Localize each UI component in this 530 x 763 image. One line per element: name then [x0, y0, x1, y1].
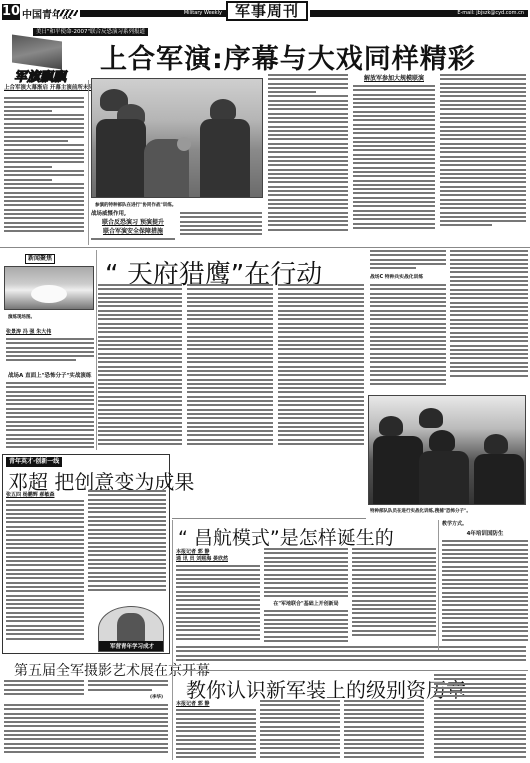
story4-col-2: 在"军地联合"基础上开创新局 — [264, 548, 348, 646]
story6-col-1 — [176, 709, 256, 761]
story2-col-2 — [187, 284, 273, 454]
editor-line: 本版编辑/责任 ■ Tel:010-64098 — [310, 21, 389, 27]
story2-photo — [368, 395, 526, 505]
story2-col-5 — [450, 250, 528, 390]
column-logo: 军旗飘飘 — [8, 38, 78, 83]
story5-col-1 — [4, 680, 84, 700]
explosion-smoke — [31, 285, 67, 303]
soldier-helmet — [419, 408, 443, 428]
column-rule — [88, 80, 89, 245]
lead-mid-kicker: 战场威慑作用, — [91, 210, 175, 218]
story6-byline: 本报记者 郭 静 — [176, 700, 209, 707]
sub-banner: 美日"和平使命-2007"联合反恐演习系列报道 — [33, 28, 148, 36]
lead-mid-subhead-1: 联合反恐演习 预演提升 — [91, 218, 175, 227]
logo-text: 军旗飘飘 — [14, 66, 66, 85]
page-number: 10 — [2, 4, 20, 20]
story2-photo-caption: 特种部队队员在进行实战化训练,搜捕"恐怖分子"。 — [370, 508, 471, 514]
lead-mid-subhead-2: 联合军演安全保障措施 — [91, 227, 175, 236]
story2-section-heading: 战场C 特种兵实战化训练 — [370, 274, 446, 282]
soldier-helmet — [379, 416, 403, 436]
story4-col-1 — [176, 565, 260, 645]
story3-byline: 张五四 杨鹏辉 郝敏森 — [6, 491, 54, 498]
story5-col-2 — [88, 680, 168, 694]
english-name: Military Weekly — [180, 10, 222, 17]
soldier-figure — [96, 119, 146, 198]
left-section-heading: 战场A 直面上"恐怖分子"实战演练 — [8, 372, 91, 380]
study-badge-text: 军营青年学习成才 — [99, 641, 164, 652]
soldier-portrait — [117, 613, 145, 643]
lead-under-photo-right — [180, 212, 262, 242]
lead-photo — [91, 78, 263, 198]
soldier-figure — [474, 454, 524, 505]
editor-bar: 本版编辑/责任 ■ Tel:010-64098 E-mail: jbjszk@c… — [310, 10, 528, 17]
story2-col-1 — [98, 284, 182, 454]
story6-col-2 — [260, 700, 340, 760]
column-rule — [96, 250, 97, 450]
lead-left-body — [4, 97, 84, 249]
soldier-helmet — [484, 434, 508, 454]
story5-continued — [4, 704, 168, 760]
story6-col-3 — [344, 700, 424, 760]
soldier-helmet — [429, 430, 455, 452]
section-divider — [0, 247, 530, 248]
lead-left-column: 上合军演大幕渐启 开幕主演前所未见 — [4, 84, 84, 249]
story3-col-1 — [6, 500, 84, 650]
lead-photo-caption: 参演的特种部队在进行"协同作战"训练。 — [95, 202, 176, 208]
left-photo-caption: 演练现场图。 — [8, 314, 35, 320]
lead-headline: 上合军演:序幕与大戏同样精彩 — [100, 37, 476, 76]
lead-under-photo-left: 战场威慑作用, 联合反恐演习 预演提升 联合军演安全保障措施 — [91, 210, 175, 242]
lead-left-subhead: 上合军演大幕渐启 开幕主演前所未见 — [4, 84, 84, 93]
story6-col-4 — [434, 674, 526, 760]
left-tag: 新闻聚焦 — [25, 254, 55, 264]
lead-col-4: 解放军参加大规模联演 — [353, 74, 435, 242]
story4-section-heading: 在"军地联合"基础上开创新局 — [264, 600, 348, 608]
soldier-helmet — [210, 99, 236, 121]
story4-right-heading: 4年培训国防生 — [442, 530, 528, 538]
lead-col-5 — [440, 74, 526, 242]
detainee-head — [177, 137, 191, 151]
story3-col-2 — [88, 490, 166, 602]
left-byline: 张景涛 冯 强 朱大伟 — [6, 328, 51, 335]
soldier-figure — [200, 119, 250, 198]
column-rule — [438, 520, 439, 650]
soldier-figure — [373, 436, 423, 505]
story4-byline-2: 通 讯 员 刘熙海 晏欣然 — [176, 555, 228, 562]
story2-col-3 — [278, 284, 364, 454]
story5-credit: (李华) — [150, 694, 163, 700]
story6-divider — [172, 670, 528, 671]
story4-byline-1: 本报记者 郭 静 — [176, 548, 209, 555]
story4-headline: “ 昌航模式”是怎样诞生的 — [178, 523, 394, 550]
story6-headline: 教你认识新军装上的级别资历章 — [186, 674, 466, 703]
date-bar: 2007年8月10日 星期五 Military Weekly — [80, 10, 226, 17]
story2-col-4: 战场C 特种兵实战化训练 — [370, 250, 446, 392]
section-title: 军事周刊 — [226, 1, 308, 21]
flag-icon — [12, 34, 62, 69]
lead-right-subhead: 解放军参加大规模联演 — [353, 74, 435, 83]
email-line: E-mail: jbjszk@cyd.com.cn — [453, 10, 524, 17]
story4-continued — [176, 646, 526, 668]
column-rule — [172, 520, 173, 760]
story4-col-4: 教学方式。 4年培训国防生 — [442, 520, 528, 648]
left-body-1 — [6, 338, 94, 368]
story4-right-intro: 教学方式。 — [442, 520, 528, 528]
left-photo — [4, 266, 94, 310]
soldier-figure — [419, 451, 469, 505]
hatch-decoration — [58, 10, 78, 16]
story4-divider — [172, 518, 366, 519]
lead-col-3 — [268, 74, 348, 242]
date-line: 2007年8月10日 星期五 — [80, 21, 138, 27]
left-body-2 — [6, 382, 94, 454]
story4-col-3 — [352, 548, 436, 644]
study-badge-graphic: 军营青年学习成才 — [98, 606, 164, 652]
